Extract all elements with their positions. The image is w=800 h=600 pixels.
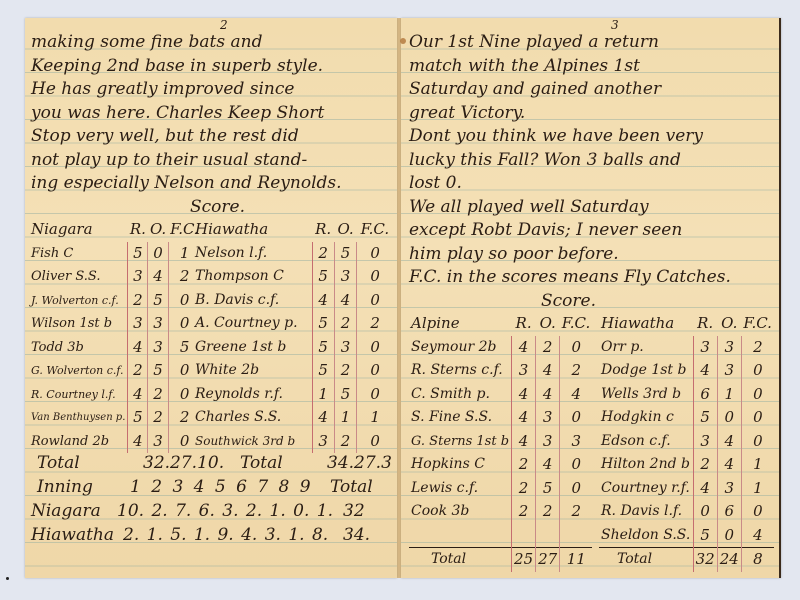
- player: Hopkins C: [409, 453, 512, 477]
- right-page: 3 Our 1st Nine played a return match wit…: [401, 18, 781, 578]
- table-row: Cook 3b222: [409, 500, 592, 524]
- table-row: Hodgkin c500: [599, 406, 774, 430]
- runs: 5: [128, 242, 148, 266]
- text-line: Our 1st Nine played a return: [409, 31, 731, 55]
- table-row: G. Sterns 1st b433: [409, 430, 592, 454]
- runs: 2: [693, 453, 717, 477]
- table-row: S. Fine S.S.430: [409, 406, 592, 430]
- table-row: Wells 3rd b610: [599, 383, 774, 407]
- player: Sheldon S.S.: [599, 524, 693, 548]
- text-line: match with the Alpines 1st: [409, 55, 731, 79]
- text-line: F.C. in the scores means Fly Catches.: [409, 266, 731, 290]
- hiawatha-innings-label: Hiawatha: [31, 524, 114, 548]
- runs: 5: [312, 359, 334, 383]
- fly-catches: 3: [560, 430, 593, 454]
- player: Nelson l.f.: [193, 242, 312, 266]
- player: S. Fine S.S.: [409, 406, 512, 430]
- player: Hodgkin c: [599, 406, 693, 430]
- niagara-total-label: Total: [37, 452, 80, 476]
- col-runs: R.: [693, 312, 717, 336]
- runs: 3: [128, 312, 148, 336]
- player: Rowland 2b: [29, 430, 128, 454]
- outs: 0: [717, 406, 741, 430]
- table-row: Fish C501: [29, 242, 201, 266]
- team-name: Hiawatha: [193, 218, 312, 242]
- text-line: Stop very well, but the rest did: [31, 125, 342, 149]
- text-line: you was here. Charles Keep Short: [31, 102, 342, 126]
- table-row: C. Smith p.444: [409, 383, 592, 407]
- text-line: except Robt Davis; I never seen: [409, 219, 731, 243]
- runs: 2: [512, 500, 536, 524]
- col-outs: O.: [148, 218, 168, 242]
- fly-catches: 2: [560, 500, 593, 524]
- table-row: A. Courtney p.522: [193, 312, 393, 336]
- total-outs: 27: [536, 548, 560, 572]
- player: C. Smith p.: [409, 383, 512, 407]
- runs: 4: [312, 406, 334, 430]
- runs: 4: [512, 383, 536, 407]
- player: Reynolds r.f.: [193, 383, 312, 407]
- text-line: ing especially Nelson and Reynolds.: [31, 172, 342, 196]
- table-row: Reynolds r.f.150: [193, 383, 393, 407]
- fly-catches: 1: [357, 406, 393, 430]
- runs: 4: [128, 336, 148, 360]
- table-row: Van Benthuysen p.522: [29, 406, 201, 430]
- fly-catches: 0: [560, 406, 593, 430]
- runs: 4: [128, 383, 148, 407]
- outs: 2: [148, 383, 168, 407]
- player: Van Benthuysen p.: [29, 406, 128, 430]
- outs: 4: [536, 383, 560, 407]
- runs: 3: [693, 336, 717, 360]
- table-row: Edson c.f.340: [599, 430, 774, 454]
- player: Fish C: [29, 242, 128, 266]
- table-row: White 2b520: [193, 359, 393, 383]
- runs: 2: [128, 289, 148, 313]
- fly-catches: 0: [357, 430, 393, 454]
- player: Orr p.: [599, 336, 693, 360]
- fly-catches: 1: [741, 477, 774, 501]
- outs: 5: [334, 383, 356, 407]
- niagara-innings-total: 32: [343, 500, 365, 524]
- player: J. Wolverton c.f.: [29, 289, 128, 313]
- hiawatha-score-table: Hiawatha R. O. F.C. Orr p.332 Dodge 1st …: [599, 312, 774, 572]
- outs: 4: [536, 359, 560, 383]
- player: Greene 1st b: [193, 336, 312, 360]
- outs: 3: [717, 359, 741, 383]
- fly-catches: 2: [560, 359, 593, 383]
- outs: 1: [717, 383, 741, 407]
- runs: 2: [312, 242, 334, 266]
- text-line: lost 0.: [409, 172, 731, 196]
- fly-catches: 0: [741, 359, 774, 383]
- player: Dodge 1st b: [599, 359, 693, 383]
- runs: 5: [312, 265, 334, 289]
- table-row: Nelson l.f.250: [193, 242, 393, 266]
- text-line: Dont you think we have been very: [409, 125, 731, 149]
- fly-catches: 0: [357, 383, 393, 407]
- outs: 2: [536, 500, 560, 524]
- col-fly-catches: F.C.: [741, 312, 774, 336]
- fly-catches: 1: [741, 453, 774, 477]
- outs: 4: [148, 265, 168, 289]
- table-row: Lewis c.f.250: [409, 477, 592, 501]
- page-number: 3: [611, 18, 619, 32]
- fly-catches: 4: [560, 383, 593, 407]
- runs: 4: [312, 289, 334, 313]
- inning-label: Inning: [37, 476, 93, 500]
- ink-stain: [400, 38, 406, 44]
- player: B. Davis c.f.: [193, 289, 312, 313]
- fly-catches: 0: [560, 453, 593, 477]
- fly-catches: 0: [741, 500, 774, 524]
- table-row: Rowland 2b430: [29, 430, 201, 454]
- table-row: Oliver S.S.342: [29, 265, 201, 289]
- runs: 4: [512, 406, 536, 430]
- total-label: Total: [409, 548, 512, 572]
- fly-catches: 0: [357, 265, 393, 289]
- fly-catches: 2: [741, 336, 774, 360]
- team-name: Niagara: [29, 218, 128, 242]
- outs: 3: [536, 430, 560, 454]
- page-number: 2: [220, 18, 228, 32]
- table-row: Southwick 3rd b320: [193, 430, 393, 454]
- niagara-total: 32.27.10.: [143, 452, 224, 476]
- left-page: 2 making some fine bats and Keeping 2nd …: [25, 18, 397, 578]
- hiawatha-innings-total: 34.: [343, 524, 370, 548]
- fly-catches: 0: [357, 336, 393, 360]
- team-name: Alpine: [409, 312, 512, 336]
- alpine-score-table: Alpine R. O. F.C. Seymour 2b420 R. Stern…: [409, 312, 592, 572]
- total-outs: 24: [717, 548, 741, 572]
- runs: 3: [512, 359, 536, 383]
- col-outs: O.: [536, 312, 560, 336]
- outs: 6: [717, 500, 741, 524]
- niagara-innings-label: Niagara: [31, 500, 101, 524]
- text-line: great Victory.: [409, 102, 731, 126]
- outs: 4: [717, 430, 741, 454]
- runs: 5: [693, 406, 717, 430]
- letter-paragraph: making some fine bats and Keeping 2nd ba…: [31, 31, 342, 196]
- niagara-score-table: Niagara R. O. F.C. Fish C501 Oliver S.S.…: [29, 218, 201, 453]
- table-row: B. Davis c.f.440: [193, 289, 393, 313]
- player: Todd 3b: [29, 336, 128, 360]
- outs: 0: [148, 242, 168, 266]
- runs: 4: [128, 430, 148, 454]
- table-row: R. Courtney l.f.420: [29, 383, 201, 407]
- total-row: Total 32 24 8: [599, 548, 774, 572]
- outs: 1: [334, 406, 356, 430]
- table-row: G. Wolverton c.f.250: [29, 359, 201, 383]
- outs: 3: [148, 430, 168, 454]
- player: R. Sterns c.f.: [409, 359, 512, 383]
- outs: 5: [536, 477, 560, 501]
- player: Wilson 1st b: [29, 312, 128, 336]
- text-line: Keeping 2nd base in superb style.: [31, 55, 342, 79]
- outs: 3: [148, 312, 168, 336]
- runs: 6: [693, 383, 717, 407]
- col-runs: R.: [312, 218, 334, 242]
- runs: 3: [128, 265, 148, 289]
- outs: 3: [717, 477, 741, 501]
- runs: 2: [128, 359, 148, 383]
- text-line: lucky this Fall? Won 3 balls and: [409, 149, 731, 173]
- col-outs: O.: [334, 218, 356, 242]
- fly-catches: 0: [560, 477, 593, 501]
- outs: 4: [536, 453, 560, 477]
- hiawatha-total: 34.27.3: [327, 452, 392, 476]
- player: Seymour 2b: [409, 336, 512, 360]
- runs: 2: [512, 453, 536, 477]
- outs: 2: [148, 406, 168, 430]
- player: Lewis c.f.: [409, 477, 512, 501]
- runs: 5: [312, 336, 334, 360]
- text-line: not play up to their usual stand-: [31, 149, 342, 173]
- outs: 3: [536, 406, 560, 430]
- fly-catches: 0: [560, 336, 593, 360]
- runs: 5: [128, 406, 148, 430]
- player: White 2b: [193, 359, 312, 383]
- inning-numbers: 1 2 3 4 5 6 7 8 9: [130, 476, 311, 500]
- text-line: making some fine bats and: [31, 31, 342, 55]
- col-outs: O.: [717, 312, 741, 336]
- player: G. Sterns 1st b: [409, 430, 512, 454]
- outs: 2: [334, 430, 356, 454]
- fly-catches: 0: [741, 406, 774, 430]
- player: Oliver S.S.: [29, 265, 128, 289]
- table-row: Greene 1st b530: [193, 336, 393, 360]
- runs: 2: [512, 477, 536, 501]
- player: Southwick 3rd b: [193, 430, 312, 454]
- fly-catches: 0: [357, 289, 393, 313]
- runs: 4: [693, 359, 717, 383]
- player: G. Wolverton c.f.: [29, 359, 128, 383]
- total-row: Total 25 27 11: [409, 548, 592, 572]
- player: Courtney r.f.: [599, 477, 693, 501]
- table-row: [409, 524, 592, 548]
- fly-catches: 0: [357, 359, 393, 383]
- player: Hilton 2nd b: [599, 453, 693, 477]
- col-runs: R.: [512, 312, 536, 336]
- fly-catches: 2: [357, 312, 393, 336]
- fly-catches: 4: [741, 524, 774, 548]
- runs: 0: [693, 500, 717, 524]
- player: Edson c.f.: [599, 430, 693, 454]
- runs: 4: [512, 430, 536, 454]
- total-fly-catches: 8: [741, 548, 774, 572]
- table-row: R. Davis l.f.060: [599, 500, 774, 524]
- hiawatha-innings-scores: 2. 1. 5. 1. 9. 4. 3. 1. 8.: [123, 524, 328, 548]
- runs: 1: [312, 383, 334, 407]
- player: Thompson C: [193, 265, 312, 289]
- inning-total-label: Total: [330, 476, 373, 500]
- team-name: Hiawatha: [599, 312, 693, 336]
- outs: 2: [334, 312, 356, 336]
- score-heading: Score.: [541, 290, 596, 314]
- runs: 4: [512, 336, 536, 360]
- outs: 2: [536, 336, 560, 360]
- table-row: Dodge 1st b430: [599, 359, 774, 383]
- outs: 3: [717, 336, 741, 360]
- outs: 5: [148, 289, 168, 313]
- player: Charles S.S.: [193, 406, 312, 430]
- text-line: Saturday and gained another: [409, 78, 731, 102]
- outs: 5: [334, 242, 356, 266]
- text-line: He has greatly improved since: [31, 78, 342, 102]
- total-fly-catches: 11: [560, 548, 593, 572]
- total-runs: 25: [512, 548, 536, 572]
- text-line: We all played well Saturday: [409, 196, 731, 220]
- outs: 2: [334, 359, 356, 383]
- col-runs: R.: [128, 218, 148, 242]
- table-row: Orr p.332: [599, 336, 774, 360]
- table-row: Charles S.S.411: [193, 406, 393, 430]
- runs: 5: [693, 524, 717, 548]
- player: R. Courtney l.f.: [29, 383, 128, 407]
- total-label: Total: [599, 548, 693, 572]
- fly-catches: 0: [357, 242, 393, 266]
- outs: 0: [717, 524, 741, 548]
- table-row: Seymour 2b420: [409, 336, 592, 360]
- table-row: Sheldon S.S.504: [599, 524, 774, 548]
- text-line: him play so poor before.: [409, 243, 731, 267]
- outs: 5: [148, 359, 168, 383]
- player: Cook 3b: [409, 500, 512, 524]
- table-row: R. Sterns c.f.342: [409, 359, 592, 383]
- hiawatha-total-label: Total: [240, 452, 283, 476]
- table-row: Hilton 2nd b241: [599, 453, 774, 477]
- table-row: Thompson C530: [193, 265, 393, 289]
- hiawatha-score-table: Hiawatha R. O. F.C. Nelson l.f.250 Thomp…: [193, 218, 393, 453]
- outs: 3: [334, 265, 356, 289]
- table-row: Wilson 1st b330: [29, 312, 201, 336]
- table-row: Todd 3b435: [29, 336, 201, 360]
- outs: 4: [334, 289, 356, 313]
- total-runs: 32: [693, 548, 717, 572]
- outs: 3: [148, 336, 168, 360]
- runs: 5: [312, 312, 334, 336]
- col-fly-catches: F.C.: [357, 218, 393, 242]
- table-row: Hopkins C240: [409, 453, 592, 477]
- score-heading: Score.: [190, 196, 245, 220]
- player: A. Courtney p.: [193, 312, 312, 336]
- niagara-innings-scores: 10. 2. 7. 6. 3. 2. 1. 0. 1.: [117, 500, 333, 524]
- runs: 3: [693, 430, 717, 454]
- runs: 4: [693, 477, 717, 501]
- speck: [6, 577, 9, 580]
- outs: 4: [717, 453, 741, 477]
- table-row: Courtney r.f.431: [599, 477, 774, 501]
- player: R. Davis l.f.: [599, 500, 693, 524]
- col-fly-catches: F.C.: [560, 312, 593, 336]
- outs: 3: [334, 336, 356, 360]
- runs: 3: [312, 430, 334, 454]
- fly-catches: 0: [741, 430, 774, 454]
- letter-paragraph: Our 1st Nine played a return match with …: [409, 31, 731, 290]
- table-row: J. Wolverton c.f.250: [29, 289, 201, 313]
- fly-catches: 0: [741, 383, 774, 407]
- player: Wells 3rd b: [599, 383, 693, 407]
